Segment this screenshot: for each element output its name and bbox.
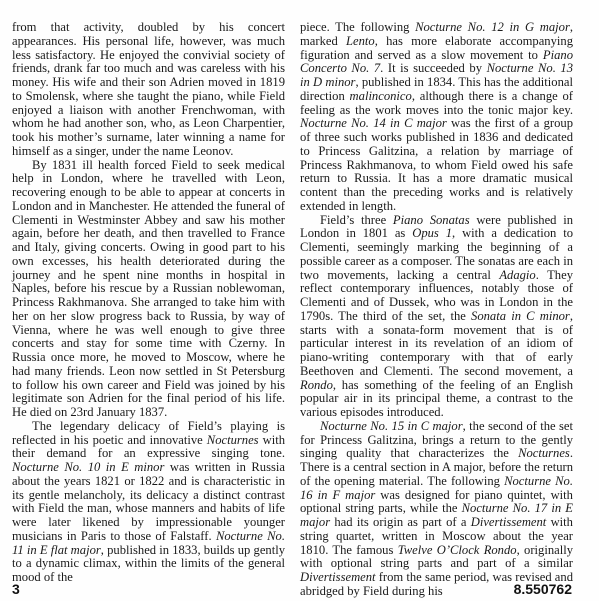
paragraph-text: from that activity, doubled by his conce… bbox=[12, 20, 285, 158]
paragraph-text: Field’s three bbox=[320, 213, 393, 227]
booklet-page: from that activity, doubled by his conce… bbox=[0, 0, 599, 601]
work-title: Divertissement bbox=[471, 515, 547, 529]
paragraph-text: had its origin as part of a bbox=[330, 515, 471, 529]
catalogue-number: 8.550762 bbox=[514, 581, 572, 597]
work-title: Sonata in C minor bbox=[471, 309, 570, 323]
paragraph: piece. The following Nocturne No. 12 in … bbox=[300, 21, 573, 214]
work-title: Nocturnes bbox=[207, 433, 259, 447]
work-title: Rondo bbox=[300, 378, 333, 392]
work-title: Twelve O’Clock Rondo bbox=[398, 543, 517, 557]
paragraph-text: By 1831 ill health forced Field to seek … bbox=[12, 158, 285, 420]
work-title: Divertissement bbox=[300, 570, 376, 584]
paragraph: Nocturne No. 15 in C major, the second o… bbox=[300, 420, 573, 599]
left-column: from that activity, doubled by his conce… bbox=[12, 21, 285, 585]
work-title: Nocturne No. 15 in C major bbox=[320, 419, 463, 433]
paragraph: By 1831 ill health forced Field to seek … bbox=[12, 159, 285, 420]
tempo-marking: malinconico bbox=[350, 89, 412, 103]
work-title: Piano Sonatas bbox=[393, 213, 470, 227]
work-title: Nocturnes bbox=[518, 446, 570, 460]
paragraph-text: , has something of the feeling of an Eng… bbox=[300, 378, 573, 420]
work-title: Opus 1 bbox=[412, 226, 452, 240]
paragraph-text: was the first of a group of three such w… bbox=[300, 116, 573, 213]
page-number: 3 bbox=[12, 581, 20, 597]
tempo-marking: Adagio bbox=[499, 268, 535, 282]
paragraph: from that activity, doubled by his conce… bbox=[12, 21, 285, 159]
work-title: Nocturne No. 10 in E minor bbox=[12, 460, 164, 474]
paragraph-text: . It is succeeded by bbox=[380, 61, 486, 75]
paragraph: The legendary delicacy of Field’s playin… bbox=[12, 420, 285, 585]
paragraph: Field’s three Piano Sonatas were publish… bbox=[300, 214, 573, 420]
work-title: Nocturne No. 14 in C major bbox=[300, 116, 447, 130]
tempo-marking: Lento bbox=[346, 34, 375, 48]
work-title: Nocturne No. 12 in G major bbox=[415, 20, 570, 34]
right-column: piece. The following Nocturne No. 12 in … bbox=[300, 21, 573, 599]
paragraph-text: piece. The following bbox=[300, 20, 415, 34]
